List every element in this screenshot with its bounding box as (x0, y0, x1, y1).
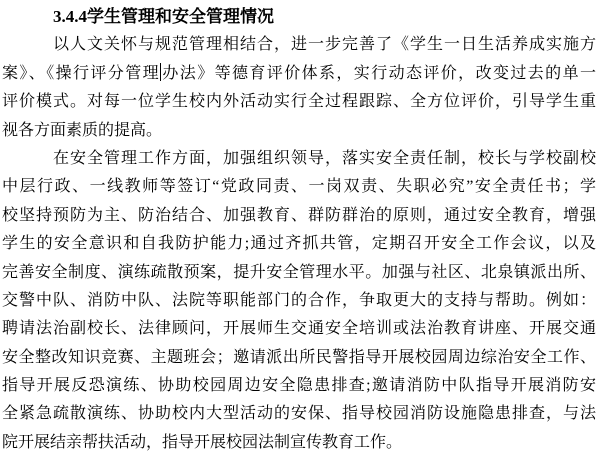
text-segment: 办法》等德育评价体系，实行动态评价，改变过去的单一 (161, 65, 596, 82)
paragraph-safety-management: 在安全管理工作方面，加强组织领导，落实安全责任制，校长与学校副校长、 中层行政、… (2, 145, 596, 455)
text-line[interactable]: 指导开展反恐演练、协助校园周边安全隐患排查;邀请消防中队指导开展消防安 (2, 372, 596, 400)
document-page[interactable]: 3.4.4学生管理和安全管理情况 以人文关怀与规范管理相结合，进一步完善了《学生… (0, 0, 599, 455)
text-line[interactable]: 视各方面素质的提高。 (2, 117, 596, 145)
paragraph-student-management: 以人文关怀与规范管理相结合，进一步完善了《学生一日生活养成实施方 案》、《操行评… (2, 31, 596, 145)
text-line[interactable]: 校坚持预防为主、防治结合、加强教育、群防群治的原则，通过安全教育，增强 (2, 202, 596, 230)
text-line[interactable]: 在安全管理工作方面，加强组织领导，落实安全责任制，校长与学校副校长、 (2, 145, 596, 173)
text-line[interactable]: 中层行政、一线教师等签订“党政同责、一岗双责、失职必究”安全责任书；学 (2, 173, 596, 201)
text-line[interactable]: 安全整改知识竞赛、主题班会；邀请派出所民警指导开展校园周边综治安全工作、 (2, 344, 596, 372)
text-line[interactable]: 学生的安全意识和自我防护能力;通过齐抓共管，定期召开安全工作会议，以及 (2, 230, 596, 258)
text-line[interactable]: 聘请法治副校长、法律顾问，开展师生交通安全培训或法治教育讲座、开展交通 (2, 315, 596, 343)
text-line-with-caret[interactable]: 案》、《操行评分管理办法》等德育评价体系，实行动态评价，改变过去的单一 (2, 60, 596, 88)
text-line[interactable]: 院开展结亲帮扶活动，指导开展校园法制宣传教育工作。 (2, 429, 596, 455)
section-heading: 3.4.4学生管理和安全管理情况 (2, 3, 596, 31)
text-line[interactable]: 全紧急疏散演练、协助校内大型活动的安保、指导校园消防设施隐患排查，与法 (2, 400, 596, 428)
text-line[interactable]: 交警中队、消防中队、法院等职能部门的合作，争取更大的支持与帮助。例如： (2, 287, 596, 315)
text-segment: 案》、《操行评分管理 (2, 65, 160, 82)
text-line[interactable]: 以人文关怀与规范管理相结合，进一步完善了《学生一日生活养成实施方 (2, 31, 596, 59)
text-line[interactable]: 完善安全制度、演练疏散预案，提升安全管理水平。加强与社区、北泉镇派出所、 (2, 259, 596, 287)
text-line[interactable]: 评价模式。对每一位学生校内外活动实行全过程跟踪、全方位评价，引导学生重 (2, 88, 596, 116)
